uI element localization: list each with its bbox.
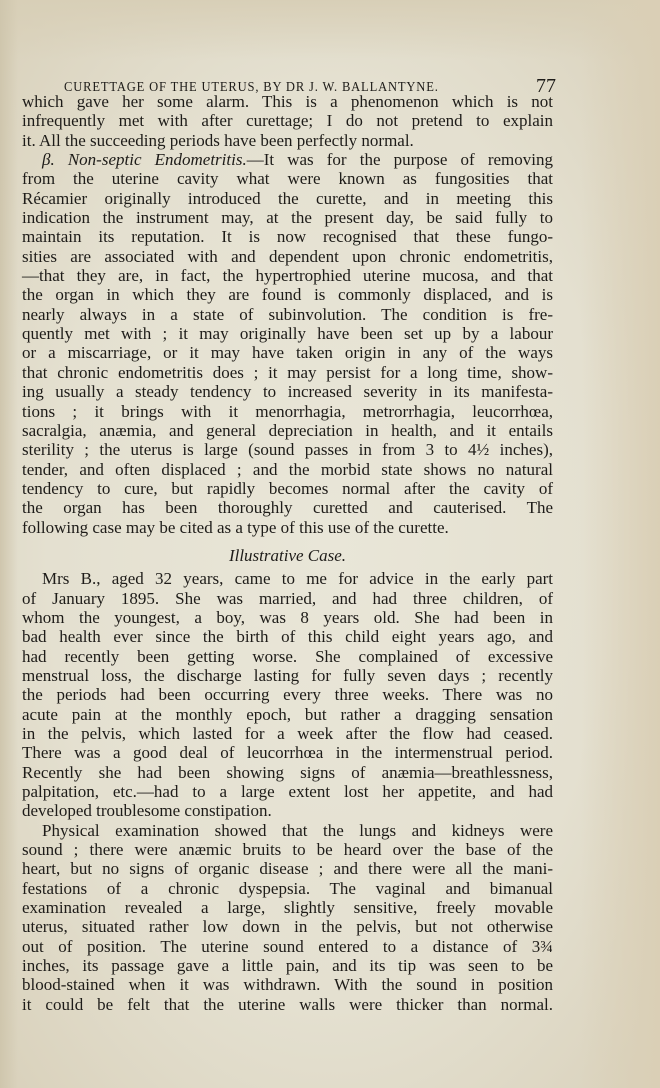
text-line: heart, but no signs of organic disease ;… [22, 859, 553, 878]
text-line: Mrs B., aged 32 years, came to me for ad… [22, 569, 553, 588]
subsection-heading: Non-septic Endometritis. [68, 150, 247, 169]
text-line: out of position. The uterine sound enter… [22, 937, 553, 956]
text-line: it. All the succeeding periods have been… [22, 131, 553, 150]
text-line: tions ; it brings with it menorrhagia, m… [22, 402, 553, 421]
text-line: examination revealed a large, slightly s… [22, 898, 553, 917]
text-line: the organ has been thoroughly curetted a… [22, 498, 553, 517]
text-line: developed troublesome constipation. [22, 801, 553, 820]
text-line: Physical examination showed that the lun… [22, 821, 553, 840]
text-line: of January 1895. She was married, and ha… [22, 589, 553, 608]
text-line: sacralgia, anæmia, and general depreciat… [22, 421, 553, 440]
text-line: Récamier originally introduced the curet… [22, 189, 553, 208]
text-line: uterus, situated rather low down in the … [22, 917, 553, 936]
text-line: blood-stained when it was withdrawn. Wit… [22, 975, 553, 994]
text-line: maintain its reputation. It is now recog… [22, 227, 553, 246]
text-line: nearly always in a state of subinvolutio… [22, 305, 553, 324]
text-line: There was a good deal of leucorrhœa in t… [22, 743, 553, 762]
text-line: whom the youngest, a boy, was 8 years ol… [22, 608, 553, 627]
text-line: —that they are, in fact, the hypertrophi… [22, 266, 553, 285]
text-line: festations of a chronic dyspepsia. The v… [22, 879, 553, 898]
paragraph-non-septic-endometritis: β. Non-septic Endometritis.—It was for t… [22, 150, 553, 537]
text-line: following case may be cited as a type of… [22, 518, 553, 537]
text-line: palpitation, etc.—had to a large extent … [22, 782, 553, 801]
text-line: sities are associated with and dependent… [22, 247, 553, 266]
illustrative-case-heading: Illustrative Case. [22, 546, 553, 565]
page-edge-shading-right [580, 0, 660, 1088]
text-line: sound ; there were anæmic bruits to be h… [22, 840, 553, 859]
text-line: the organ in which they are found is com… [22, 285, 553, 304]
text-line: infrequently met with after curettage; I… [22, 111, 553, 130]
text-line: quently met with ; it may originally hav… [22, 324, 553, 343]
text-line: it could be felt that the uterine walls … [22, 995, 553, 1014]
text-line: β. Non-septic Endometritis.—It was for t… [22, 150, 553, 169]
text-line: tender, and often displaced ; and the mo… [22, 460, 553, 479]
text-line: acute pain at the monthly epoch, but rat… [22, 705, 553, 724]
paragraph-case-history: Mrs B., aged 32 years, came to me for ad… [22, 569, 553, 820]
paragraph-continuation: which gave her some alarm. This is a phe… [22, 92, 553, 150]
text-run: —It was for the purpose of removing [247, 150, 553, 169]
text-line: in the pelvis, which lasted for a week a… [22, 724, 553, 743]
body-text: which gave her some alarm. This is a phe… [22, 92, 553, 1014]
section-marker: β. [42, 150, 55, 169]
text-line: the periods had been occurring every thr… [22, 685, 553, 704]
text-line: had recently been getting worse. She com… [22, 647, 553, 666]
text-line: menstrual loss, the discharge lasting fo… [22, 666, 553, 685]
text-line: inches, its passage gave a little pain, … [22, 956, 553, 975]
paragraph-physical-examination: Physical examination showed that the lun… [22, 821, 553, 1014]
text-line: or a miscarriage, or it may have taken o… [22, 343, 553, 362]
text-line: from the uterine cavity what were known … [22, 169, 553, 188]
text-line: tendency to cure, but rapidly becomes no… [22, 479, 553, 498]
text-line: indication the instrument may, at the pr… [22, 208, 553, 227]
text-line: Recently she had been showing signs of a… [22, 763, 553, 782]
page-edge-shading-top [0, 0, 660, 60]
text-line: ing usually a steady tendency to increas… [22, 382, 553, 401]
page-edge-shading-left [0, 0, 18, 1088]
text-line: which gave her some alarm. This is a phe… [22, 92, 553, 111]
text-line: sterility ; the uterus is large (sound p… [22, 440, 553, 459]
text-line: that chronic endometritis does ; it may … [22, 363, 553, 382]
text-line: bad health ever since the birth of this … [22, 627, 553, 646]
